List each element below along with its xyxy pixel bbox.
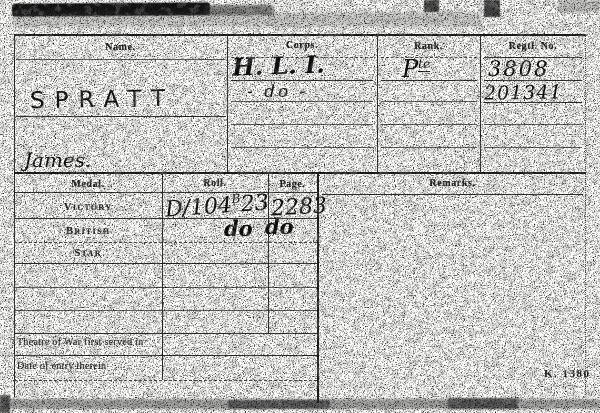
rule-line bbox=[16, 59, 225, 60]
top-ink-smudge-tail bbox=[205, 5, 273, 15]
rule-line bbox=[14, 355, 317, 356]
rule-line bbox=[14, 172, 586, 174]
top-ink-smudge-bar bbox=[12, 2, 210, 16]
rank-column-header: Rank. bbox=[377, 41, 480, 52]
top-blob-2 bbox=[484, 0, 500, 17]
rule-line bbox=[14, 34, 15, 397]
rule-line bbox=[231, 124, 373, 125]
medal-column-header: Medal. bbox=[14, 179, 162, 190]
top-blob-1 bbox=[424, 0, 439, 12]
rule-line bbox=[484, 124, 582, 125]
rule-line bbox=[14, 242, 317, 243]
rule-line bbox=[381, 147, 477, 148]
medal-row-british-label: British bbox=[14, 225, 162, 237]
regtl-no-column-header: Regtl. No. bbox=[480, 41, 586, 52]
rule-line bbox=[14, 333, 317, 334]
british-page-ditto: do bbox=[265, 214, 294, 239]
regtl-no-entry-2: 201341 bbox=[484, 81, 563, 104]
remarks-column-header: Remarks. bbox=[322, 178, 583, 189]
rule-line bbox=[162, 172, 163, 380]
top-right-noise bbox=[558, 0, 600, 12]
page-column-header: Page. bbox=[268, 179, 317, 190]
rule-line bbox=[381, 124, 477, 125]
rank-superscript: te bbox=[418, 57, 430, 72]
rule-line bbox=[14, 380, 317, 381]
rule-line bbox=[322, 194, 583, 195]
rule-line bbox=[585, 34, 586, 395]
rule-line bbox=[484, 147, 582, 148]
roll-column-header: Roll. bbox=[162, 178, 268, 189]
medal-index-card-scan: Name. Corps. Rank. Regtl. No. Medal. Rol… bbox=[0, 0, 600, 413]
theatre-of-war-label: Theatre of War first served in bbox=[17, 337, 144, 348]
rule-line bbox=[14, 287, 317, 288]
bottom-left-smudge bbox=[0, 395, 10, 413]
rank-main: P bbox=[402, 55, 418, 83]
corps-ditto-entry: - do - bbox=[247, 82, 308, 102]
rule-line bbox=[14, 192, 317, 193]
rule-line bbox=[377, 34, 378, 172]
date-of-entry-label: Date of entry therein bbox=[17, 361, 106, 372]
medal-row-victory-label: Victory bbox=[14, 201, 162, 213]
rank-entry: Pte bbox=[402, 55, 430, 83]
rule-line bbox=[14, 310, 317, 311]
bottom-noise-band bbox=[0, 399, 600, 409]
rule-line bbox=[16, 116, 226, 117]
rule-line bbox=[381, 101, 477, 102]
roll-prefix: D/104 bbox=[164, 193, 233, 223]
rule-line bbox=[14, 263, 317, 264]
top-noise-band bbox=[12, 12, 482, 27]
name-column-header: Name. bbox=[14, 42, 227, 53]
bottom-smudge-1 bbox=[228, 400, 330, 409]
rule-line bbox=[14, 34, 586, 36]
rule-line bbox=[231, 147, 373, 148]
bottom-smudge-2 bbox=[448, 398, 518, 409]
form-number: K. 1380 bbox=[544, 368, 591, 380]
surname-entry: SPRATT bbox=[30, 86, 176, 115]
rule-line bbox=[227, 34, 228, 173]
forename-entry: James. bbox=[24, 148, 91, 172]
corps-entry: H. L. I. bbox=[232, 49, 326, 81]
regtl-no-entry-1: 3808 bbox=[488, 57, 549, 81]
medal-row-star-label: Star bbox=[14, 247, 162, 259]
rule-line bbox=[480, 34, 481, 172]
british-roll-ditto: do bbox=[224, 216, 253, 241]
roll-superscript: B bbox=[231, 191, 241, 206]
